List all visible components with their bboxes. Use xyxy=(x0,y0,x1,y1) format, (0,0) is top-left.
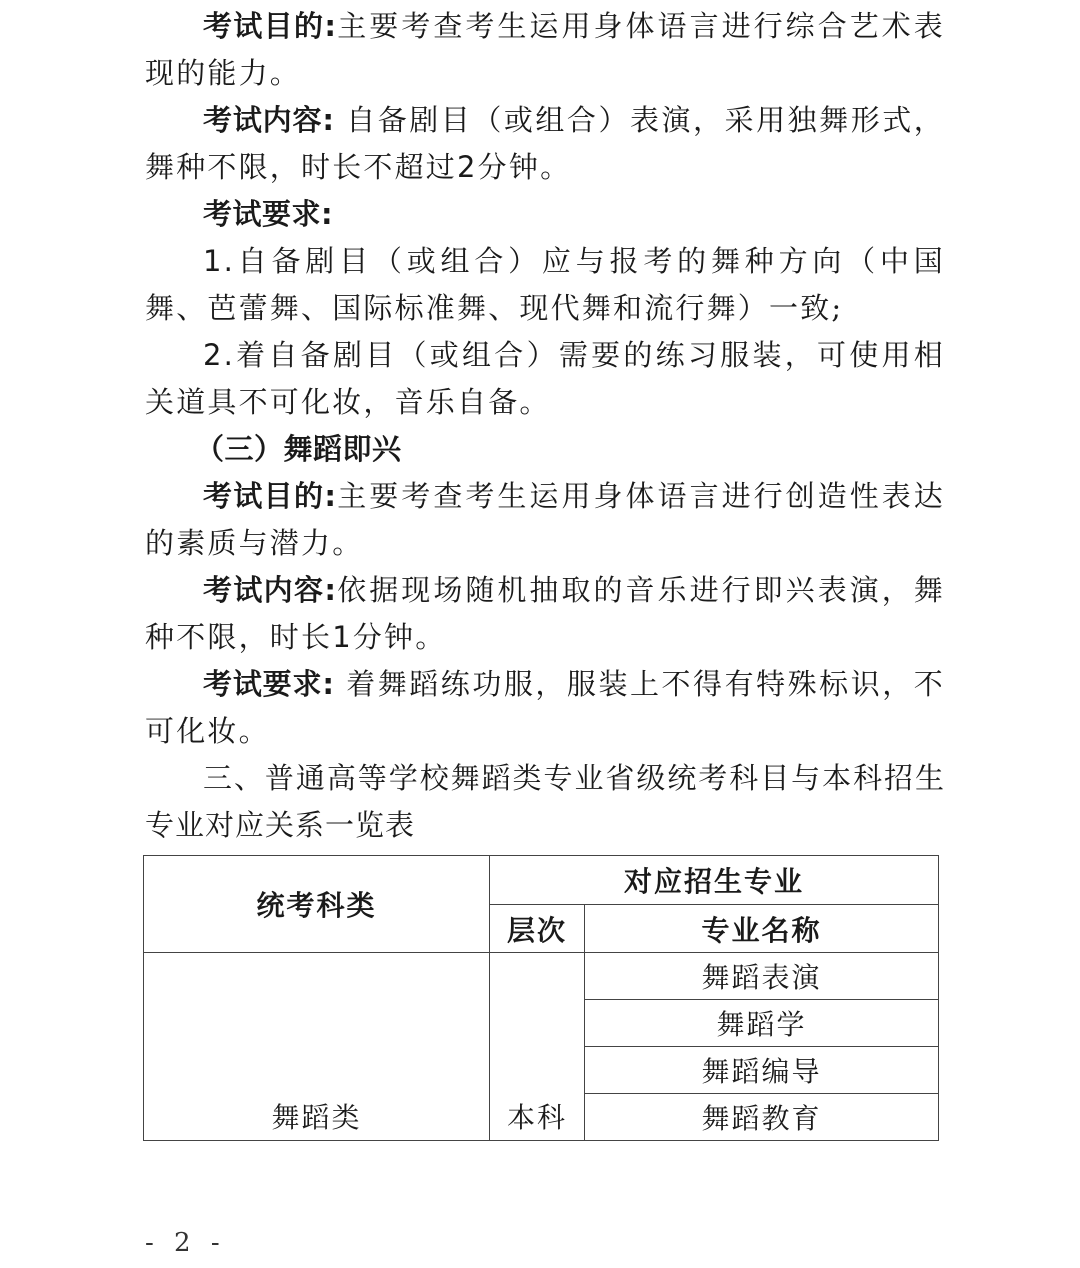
major-mapping-table: 统考科类 对应招生专业 层次 专业名称 舞蹈类 本科 舞蹈表演 舞蹈学 舞蹈编导… xyxy=(143,855,939,1141)
cell-major-name: 舞蹈表演 xyxy=(585,953,939,1000)
exam-content-paragraph: 考试内容: 自备剧目（或组合）表演，采用独舞形式，舞种不限，时长不超过2分钟。 xyxy=(145,97,945,191)
exam-requirements-heading: 考试要求: xyxy=(145,191,945,238)
cell-exam-category: 舞蹈类 xyxy=(144,953,490,1141)
cell-major-name: 舞蹈教育 xyxy=(585,1094,939,1141)
requirement-item-1: 1.自备剧目（或组合）应与报考的舞种方向（中国舞、芭蕾舞、国际标准舞、现代舞和流… xyxy=(145,238,945,332)
cell-level: 本科 xyxy=(490,953,585,1141)
requirement-text: 着自备剧目（或组合）需要的练习服装，可使用相关道具不可化妆，音乐自备。 xyxy=(145,338,945,419)
requirement-number: 1. xyxy=(203,244,235,278)
exam-purpose-label: 考试目的: xyxy=(203,9,336,43)
improv-content-duration: 1 xyxy=(332,620,353,654)
table-header-row: 统考科类 对应招生专业 xyxy=(144,856,939,905)
requirement-number: 2. xyxy=(203,338,235,372)
exam-requirements-label: 考试要求: xyxy=(203,197,333,231)
document-page: 考试目的:主要考查考生运用身体语言进行综合艺术表现的能力。 考试内容: 自备剧目… xyxy=(145,0,945,849)
improv-requirements-paragraph: 考试要求: 着舞蹈练功服，服装上不得有特殊标识，不可化妆。 xyxy=(145,661,945,755)
improv-content-unit: 分钟。 xyxy=(353,620,447,654)
part-3-heading: 三、普通高等学校舞蹈类专业省级统考科目与本科招生专业对应关系一览表 xyxy=(145,755,945,849)
header-level: 层次 xyxy=(490,905,585,953)
header-major-name: 专业名称 xyxy=(585,905,939,953)
improv-purpose-paragraph: 考试目的:主要考查考生运用身体语言进行创造性表达的素质与潜力。 xyxy=(145,473,945,567)
header-exam-category: 统考科类 xyxy=(144,856,490,953)
requirement-text: 自备剧目（或组合）应与报考的舞种方向（中国舞、芭蕾舞、国际标准舞、现代舞和流行舞… xyxy=(145,244,945,325)
cell-major-name: 舞蹈学 xyxy=(585,1000,939,1047)
improv-content-label: 考试内容: xyxy=(203,573,336,607)
cell-major-name: 舞蹈编导 xyxy=(585,1047,939,1094)
page-number: - 2 - xyxy=(145,1228,226,1258)
exam-content-unit: 分钟。 xyxy=(478,150,572,184)
requirement-item-2: 2.着自备剧目（或组合）需要的练习服装，可使用相关道具不可化妆，音乐自备。 xyxy=(145,332,945,426)
table-row: 舞蹈类 本科 舞蹈表演 xyxy=(144,953,939,1000)
improv-requirements-label: 考试要求: xyxy=(203,667,334,701)
exam-content-duration: 2 xyxy=(457,150,478,184)
improv-purpose-label: 考试目的: xyxy=(203,479,336,513)
improv-content-paragraph: 考试内容:依据现场随机抽取的音乐进行即兴表演，舞种不限，时长1分钟。 xyxy=(145,567,945,661)
header-corresponding-majors: 对应招生专业 xyxy=(490,856,939,905)
exam-purpose-paragraph: 考试目的:主要考查考生运用身体语言进行综合艺术表现的能力。 xyxy=(145,3,945,97)
section-heading-dance-improvisation: （三）舞蹈即兴 xyxy=(145,426,945,473)
exam-content-label: 考试内容: xyxy=(203,103,334,137)
